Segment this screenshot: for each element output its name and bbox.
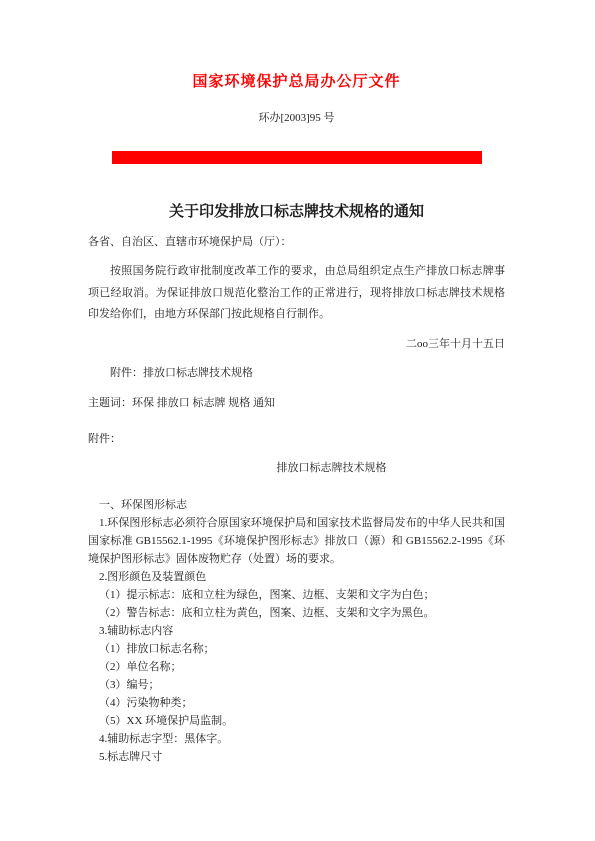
letterhead-org-title: 国家环境保护总局办公厅文件	[88, 73, 505, 92]
clause-item: （2）单位名称；	[88, 658, 505, 676]
clause-item: （2）警告标志：底和立柱为黄色，图案、边框、支架和文字为黑色。	[88, 604, 505, 622]
clause-item: 2.图形颜色及装置颜色	[88, 568, 505, 586]
clause-item: 5.标志牌尺寸	[88, 748, 505, 766]
clause-item: （1）排放口标志名称；	[88, 640, 505, 658]
issue-date: 二oo三年十月十五日	[88, 337, 505, 351]
attachment-title: 排放口标志牌技术规格	[88, 461, 505, 475]
keywords-line: 主题词：环保 排放口 标志牌 规格 通知	[88, 396, 505, 410]
attachment-clauses: 一、环保图形标志 1.环保图形标志必须符合原国家环境保护局和国家技术监督局发布的…	[88, 496, 505, 766]
clause-item: 3.辅助标志内容	[88, 622, 505, 640]
clause-item: （5）XX 环境保护局监制。	[88, 712, 505, 730]
salutation-line: 各省、自治区、直辖市环境保护局（厅）：	[88, 235, 505, 249]
red-divider-bar	[112, 151, 482, 164]
attachment-note: 附件：排放口标志牌技术规格	[88, 366, 505, 380]
attachment-label: 附件：	[88, 432, 505, 446]
document-number: 环办[2003]95 号	[88, 111, 505, 125]
clause-item: 1.环保图形标志必须符合原国家环境保护局和国家技术监督局发布的中华人民共和国国家…	[88, 514, 505, 568]
clause-item: （3）编号；	[88, 676, 505, 694]
section-heading: 一、环保图形标志	[88, 496, 505, 514]
notice-body-paragraph: 按照国务院行政审批制度改革工作的要求，由总局组织定点生产排放口标志牌事项已经取消…	[88, 261, 505, 326]
clause-item: （1）提示标志：底和立柱为绿色，图案、边框、支架和文字为白色；	[88, 586, 505, 604]
clause-item: 4.辅助标志字型：黑体字。	[88, 730, 505, 748]
document-page: 国家环境保护总局办公厅文件 环办[2003]95 号 关于印发排放口标志牌技术规…	[0, 0, 595, 841]
clause-item: （4）污染物种类；	[88, 694, 505, 712]
notice-title: 关于印发排放口标志牌技术规格的通知	[88, 203, 505, 221]
document-content: 国家环境保护总局办公厅文件 环办[2003]95 号 关于印发排放口标志牌技术规…	[0, 73, 595, 766]
